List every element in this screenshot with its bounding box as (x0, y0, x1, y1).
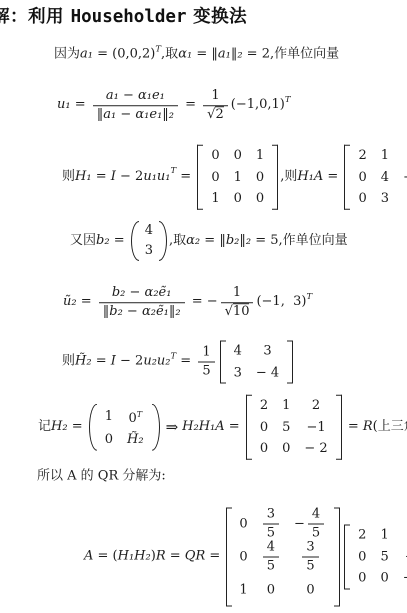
math-token: H₂H₁A (182, 420, 225, 435)
math-token: = (71, 99, 90, 114)
fraction: 45 (263, 540, 279, 574)
math-token: u₁ (57, 99, 71, 114)
matrix-cell: 5 (275, 416, 297, 438)
matrix-cell: 1 (373, 525, 395, 547)
cjk-text: 则 (62, 355, 75, 370)
minus-sign: − (294, 517, 305, 532)
math-token: A (84, 550, 93, 565)
fraction-denominator: 5 (263, 523, 279, 541)
cjk-text: 记 (38, 420, 51, 435)
math-token: − 2 (116, 170, 143, 185)
matrix-cell: 0 (351, 166, 373, 188)
paren-left (131, 221, 139, 261)
matrix-cell: 2 (351, 145, 373, 167)
math-token: = (68, 420, 87, 435)
matrix-cell: 0 (204, 145, 226, 167)
fraction-denominator: 5 (263, 556, 279, 574)
matrix-cell: 2 (351, 525, 373, 547)
fraction-numerator: 3 (263, 507, 279, 523)
fraction: 1√2 (203, 89, 228, 123)
radical-icon: √ (225, 304, 233, 319)
matrix-r: 212 05−1 00− 2 (246, 395, 342, 460)
matrix-cell: 5 (373, 546, 395, 568)
matrix-cell: 2 (404, 145, 407, 167)
matrix-cell: 0 (351, 188, 373, 210)
matrix-cell: 0 (98, 429, 120, 451)
math-token: = 2, (243, 48, 275, 63)
title-method-name: Householder (71, 7, 187, 27)
title-cjk-lead: 解：利用 (0, 7, 71, 27)
transpose-sup: T (171, 167, 177, 177)
math-token: = (77, 296, 96, 311)
math-token: 0 (129, 411, 137, 426)
bracket-right (336, 395, 342, 460)
matrix-cell: 35 (254, 508, 288, 541)
cjk-text: 又因 (70, 234, 96, 249)
formula-h2-tilde: 则H̃₂ = I − 2u₂u₂T = 15 43 3− 4 (62, 341, 295, 384)
transpose-sup: T (171, 352, 177, 362)
fraction: a₁ − α₁e₁‖a₁ − α₁e₁‖₂ (93, 89, 178, 123)
formula-u2: ũ₂ = b₂ − α₂ẽ₁‖b₂ − α₂ẽ₁‖₂ = −1√10(−1, 3… (63, 286, 312, 320)
line-given-a1: 因为a₁ = (0,0,2)T,取α₁ = ‖a₁‖₂ = 2,作单位向量 (54, 48, 339, 63)
matrix-cell: 1 (98, 405, 120, 427)
math-token: = − (188, 296, 218, 311)
matrix-cell: 0 (253, 416, 275, 438)
math-token: H₁H₂ (118, 550, 151, 565)
math-token: α₂ (186, 234, 200, 249)
math-token: = (166, 550, 185, 565)
math-token: R (156, 550, 166, 565)
matrix-cell: 3 (374, 188, 396, 210)
fraction-denominator: √2 (203, 105, 228, 123)
matrix-h2-block: 10T 0H̃₂ (89, 403, 160, 450)
matrix-cell: 3 (256, 341, 278, 363)
math-token: H₂ (51, 420, 68, 435)
math-token: = (110, 234, 129, 249)
math-token: a₁ (80, 48, 93, 63)
math-token: QR (98, 470, 118, 485)
transpose-sup: T (285, 96, 291, 106)
cjk-text: 则 (62, 170, 75, 185)
fraction-denominator: 5 (302, 556, 318, 574)
formula-final-qr: A = (H₁H₂)R = QR = 0 35 −45 0 45 35 1 0 … (84, 508, 407, 607)
math-token: = (181, 99, 200, 114)
math-token: = (192, 48, 211, 63)
math-token: = (176, 170, 195, 185)
fraction: 35 (263, 507, 279, 541)
formula-u1: u₁ = a₁ − α₁e₁‖a₁ − α₁e₁‖₂ = 1√2(−1,0,1)… (57, 89, 291, 123)
matrix-cell: − 2 (396, 568, 407, 590)
fraction-numerator: b₂ − α₂ẽ₁ (108, 286, 176, 302)
matrix-h1: 001 010 100 (197, 145, 278, 210)
matrix-cell: 0 (275, 438, 297, 460)
math-token: H̃₂ (75, 355, 92, 370)
fraction: 35 (302, 540, 318, 574)
cjk-text: ,取 (169, 234, 186, 249)
cjk-text: 的 (77, 470, 98, 485)
fraction-denominator: ‖b₂ − α₂ẽ₁‖₂ (99, 302, 185, 320)
cjk-text: 因为 (54, 48, 80, 63)
matrix-r-final: 212 05−1 00− 2 (344, 525, 407, 590)
line-given-b2: 又因b₂ = 4 3 ,取α₂ = ‖b₂‖₂ = 5,作单位向量 (70, 221, 348, 261)
transpose-sup: T (306, 293, 312, 303)
math-token: QR (185, 550, 205, 565)
math-token: H₁A (297, 170, 323, 185)
matrix-q: 0 35 −45 0 45 35 1 0 0 (226, 508, 340, 607)
fraction: b₂ − α₂ẽ₁‖b₂ − α₂ẽ₁‖₂ (99, 286, 185, 320)
matrix-cell: 1 (374, 145, 396, 167)
math-token: (−1, 3) (256, 296, 306, 311)
bracket-right (334, 508, 340, 607)
math-token: ‖a₁‖₂ (211, 48, 242, 63)
cjk-text: 作单位向量 (283, 234, 348, 249)
matrix-cell: 0 (351, 546, 373, 568)
math-token: = (323, 170, 342, 185)
matrix-cell: 4 (227, 341, 249, 363)
math-token: − 2 (116, 355, 143, 370)
matrix-cell: 1 (227, 166, 249, 188)
formula-h1: 则H₁ = I − 2u₁u₁T = 001 010 100 ,则H₁A = 2… (62, 145, 407, 210)
matrix-cell: 0 (233, 541, 253, 574)
fraction-numerator: 4 (308, 507, 324, 523)
math-token: R (363, 420, 373, 435)
matrix-cell: 4 (374, 166, 396, 188)
math-token: = (344, 420, 363, 435)
matrix-cell: 3 (227, 362, 249, 384)
matrix-cell: 1 (275, 395, 297, 417)
math-token: A (67, 470, 76, 485)
paren-right (152, 403, 160, 450)
fraction: 1√10 (221, 286, 254, 320)
matrix-cell: −1 (398, 546, 407, 568)
matrix-cell: − 2 (297, 438, 334, 460)
matrix-cell: 0 (249, 188, 271, 210)
math-token: H₁ (75, 170, 92, 185)
cjk-text: ,取 (161, 48, 178, 63)
math-token: = (205, 550, 224, 565)
formula-h2-result: 记H₂ = 10T 0H̃₂ ⇒H₂H₁A = 212 05−1 00− 2 =… (38, 395, 407, 460)
matrix-cell: 1 (233, 574, 253, 607)
cjk-text: 作单位向量 (274, 48, 339, 63)
matrix-cell: 3 (140, 241, 158, 261)
matrix-cell: 0T (122, 403, 150, 429)
fraction-denominator: ‖a₁ − α₁e₁‖₂ (93, 105, 178, 123)
math-token: = (0,0,2) (93, 48, 155, 63)
paren-left (89, 403, 97, 450)
matrix-cell: 0 (233, 508, 253, 541)
matrix-cell: 2 (305, 395, 327, 417)
math-token: (−1,0,1) (231, 99, 285, 114)
line-qr-conclusion: 所以 A 的 QR 分解为: (37, 470, 166, 485)
fraction-numerator: a₁ − α₁e₁ (102, 89, 169, 105)
matrix-cell: 0 (300, 574, 320, 607)
matrix-cell: 2 (403, 525, 407, 547)
matrix-h2-tilde: 43 3− 4 (220, 341, 294, 384)
matrix-cell: 0 (351, 568, 373, 590)
bracket-right (272, 145, 278, 210)
matrix-cell: 0 (249, 166, 271, 188)
matrix-cell: 4 (140, 221, 158, 241)
fraction-denominator: √10 (221, 302, 254, 320)
fraction-denominator: 5 (198, 361, 214, 379)
page-title: 解：利用 Householder 变换法 (0, 3, 247, 28)
matrix-h1a: 212 04− 2 031 (344, 145, 407, 210)
implies-arrow-icon: ⇒ (162, 418, 183, 435)
math-token: = (176, 355, 195, 370)
matrix-cell: 2 (253, 395, 275, 417)
math-token: = (92, 170, 111, 185)
radicand: 2 (215, 106, 223, 122)
math-token: = (200, 234, 219, 249)
bracket-right (287, 341, 293, 384)
cjk-text: 所以 (37, 470, 67, 485)
paren-right (159, 221, 167, 261)
matrix-cell: 0 (227, 188, 249, 210)
fraction-numerator: 3 (302, 540, 318, 556)
matrix-cell: 1 (404, 188, 407, 210)
fraction-denominator: 5 (308, 523, 324, 541)
radicand: 10 (233, 303, 250, 319)
matrix-cell: 45 (254, 541, 288, 574)
cjk-text: (上三角阵) (373, 420, 407, 435)
fraction-numerator: 1 (198, 345, 214, 361)
matrix-cell: −45 (288, 508, 333, 541)
fraction-numerator: 1 (207, 89, 223, 105)
fraction: 15 (198, 345, 214, 379)
matrix-cell: 0 (373, 568, 395, 590)
matrix-cell: 1 (204, 188, 226, 210)
math-token: u₂u₂ (143, 355, 170, 370)
matrix-cell: 0 (261, 574, 281, 607)
math-token: u₁u₁ (143, 170, 170, 185)
fraction-numerator: 1 (229, 286, 245, 302)
matrix-cell: 0 (253, 438, 275, 460)
matrix-cell: − 2 (396, 166, 407, 188)
matrix-cell: 35 (293, 541, 327, 574)
matrix-cell: 0 (227, 145, 249, 167)
cjk-text: 分解为: (118, 470, 166, 485)
transpose-sup: T (155, 45, 161, 55)
matrix-cell: 0 (204, 166, 226, 188)
vector-b2: 4 3 (131, 221, 167, 261)
matrix-cell: H̃₂ (120, 429, 151, 451)
math-token: ũ₂ (63, 296, 77, 311)
math-token: α₁ (178, 48, 192, 63)
transpose-sup: T (137, 409, 142, 418)
matrix-cell: − 4 (249, 362, 286, 384)
matrix-cell: −1 (299, 416, 332, 438)
fraction-numerator: 4 (263, 540, 279, 556)
math-token: = (225, 420, 244, 435)
fraction: 45 (308, 507, 324, 541)
math-token: = 5, (251, 234, 283, 249)
math-token: ‖b₂‖₂ (219, 234, 251, 249)
cjk-text: ,则 (280, 170, 297, 185)
title-cjk-tail: 变换法 (187, 7, 248, 27)
document-page: 解：利用 Householder 变换法 因为a₁ = (0,0,2)T,取α₁… (0, 0, 407, 613)
math-token: = ( (93, 550, 117, 565)
math-token: b₂ (96, 234, 110, 249)
math-token: = (92, 355, 111, 370)
matrix-cell: 1 (249, 145, 271, 167)
